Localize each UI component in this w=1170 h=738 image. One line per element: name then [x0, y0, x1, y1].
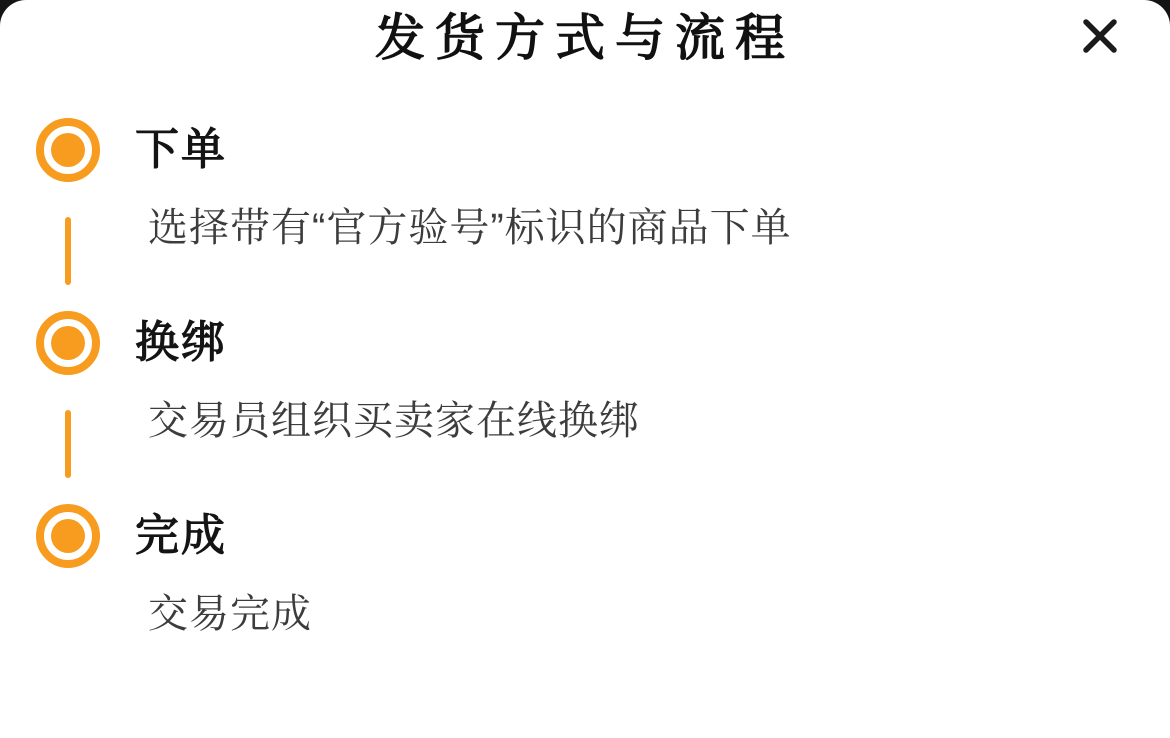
step-description: 选择带有“官方验号”标识的商品下单: [148, 204, 1134, 252]
step-bullet-icon: [36, 311, 100, 375]
step-content: 换绑 交易员组织买卖家在线换绑: [135, 311, 1134, 504]
shipping-process-modal: 发货方式与流程 下单: [0, 0, 1170, 738]
step-bullet-icon: [36, 118, 100, 182]
step-bullet-dot: [51, 133, 85, 167]
step-connector-line: [65, 217, 71, 285]
modal-header: 发货方式与流程: [0, 0, 1170, 72]
step-bullet-dot: [51, 326, 85, 360]
timeline-marker-column: [36, 118, 100, 311]
step-description: 交易员组织买卖家在线换绑: [148, 397, 1134, 445]
step-label: 换绑: [135, 311, 1134, 375]
step-content: 完成 交易完成: [135, 504, 1134, 638]
timeline-marker-column: [36, 504, 100, 638]
step-content: 下单 选择带有“官方验号”标识的商品下单: [135, 118, 1134, 311]
timeline-step-complete: 完成 交易完成: [36, 504, 1134, 638]
modal-title: 发货方式与流程: [0, 0, 1170, 66]
step-connector-line: [65, 410, 71, 478]
screen: 发货方式与流程 下单: [0, 0, 1170, 738]
close-button[interactable]: [1076, 12, 1124, 60]
step-label: 完成: [135, 504, 1134, 568]
step-bullet-dot: [51, 519, 85, 553]
close-icon: [1081, 17, 1119, 55]
step-description: 交易完成: [148, 590, 1134, 638]
timeline-step-rebind: 换绑 交易员组织买卖家在线换绑: [36, 311, 1134, 504]
step-label: 下单: [135, 118, 1134, 182]
step-bullet-icon: [36, 504, 100, 568]
timeline-marker-column: [36, 311, 100, 504]
timeline-step-order: 下单 选择带有“官方验号”标识的商品下单: [36, 118, 1134, 311]
process-timeline: 下单 选择带有“官方验号”标识的商品下单 换绑 交易员组织买卖家在线换绑: [0, 118, 1170, 638]
